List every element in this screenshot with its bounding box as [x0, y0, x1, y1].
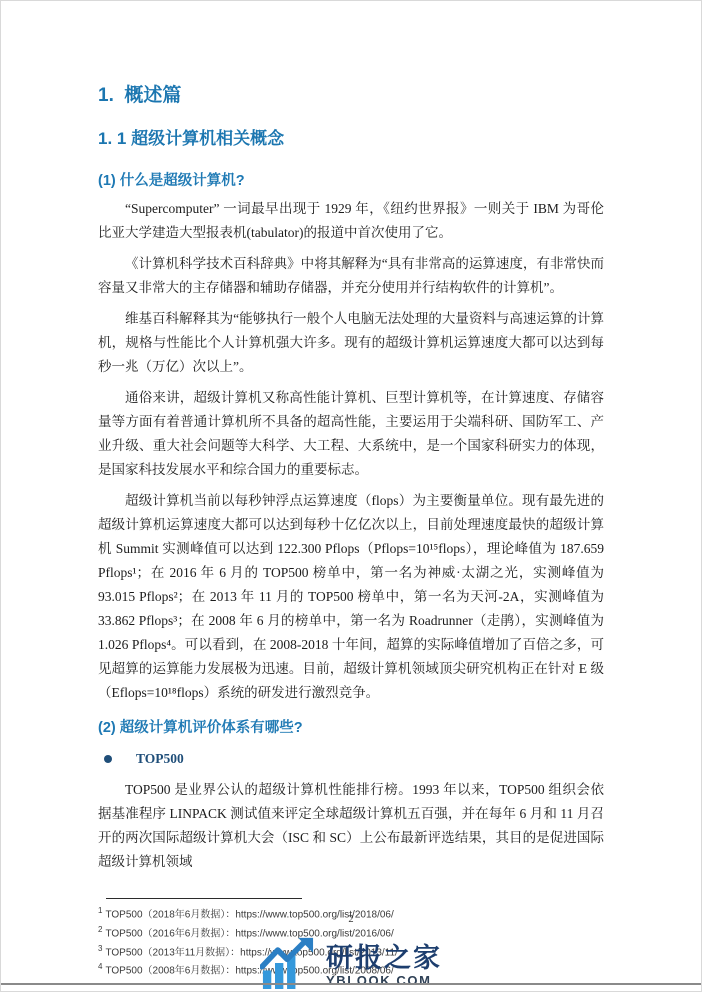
paragraph-top500-description: TOP500 是业界公认的超级计算机性能排行榜。1993 年以来，TOP500 … [98, 778, 604, 874]
subsection-heading: 1. 1 超级计算机相关概念 [98, 129, 604, 149]
document-page: 1. 概述篇 1. 1 超级计算机相关概念 (1) 什么是超级计算机? “Sup… [0, 0, 702, 992]
paragraph-wikipedia-definition: 维基百科解释其为“能够执行一般个人电脑无法处理的大量资料与高速运算的计算机，规格… [98, 307, 604, 379]
paragraph-general-description: 通俗来讲，超级计算机又称高性能计算机、巨型计算机等，在计算速度、存储容量等方面有… [98, 386, 604, 482]
brand-text-block: 研报之家 YBLOOK.COM [326, 945, 442, 987]
paragraph-encyclopedia-definition: 《计算机科学技术百科辞典》中将其解释为“具有非常高的运算速度，有非常快而容量又非… [98, 252, 604, 300]
top500-bullet-label: TOP500 [136, 751, 184, 767]
footnote-marker: 2 [98, 925, 102, 934]
footnote-divider [106, 898, 302, 899]
brand-name-chinese: 研报之家 [326, 945, 442, 972]
page-content: 1. 概述篇 1. 1 超级计算机相关概念 (1) 什么是超级计算机? “Sup… [1, 1, 701, 979]
paragraph-supercomputer-origin: “Supercomputer” 一词最早出现于 1929 年，《纽约世界报》一则… [98, 197, 604, 245]
top500-bullet-item: TOP500 [104, 751, 604, 767]
page-bottom-divider [1, 983, 701, 985]
page-number: 2 [1, 914, 701, 925]
section-heading: 1. 概述篇 [98, 85, 604, 107]
question-heading-1: (1) 什么是超级计算机? [98, 172, 604, 190]
paragraph-flops-ranking-history: 超级计算机当前以每秒钟浮点运算速度（flops）为主要衡量单位。现有最先进的超级… [98, 489, 604, 705]
question-heading-2: (2) 超级计算机评价体系有哪些? [98, 719, 604, 737]
bullet-dot-icon [104, 755, 112, 763]
